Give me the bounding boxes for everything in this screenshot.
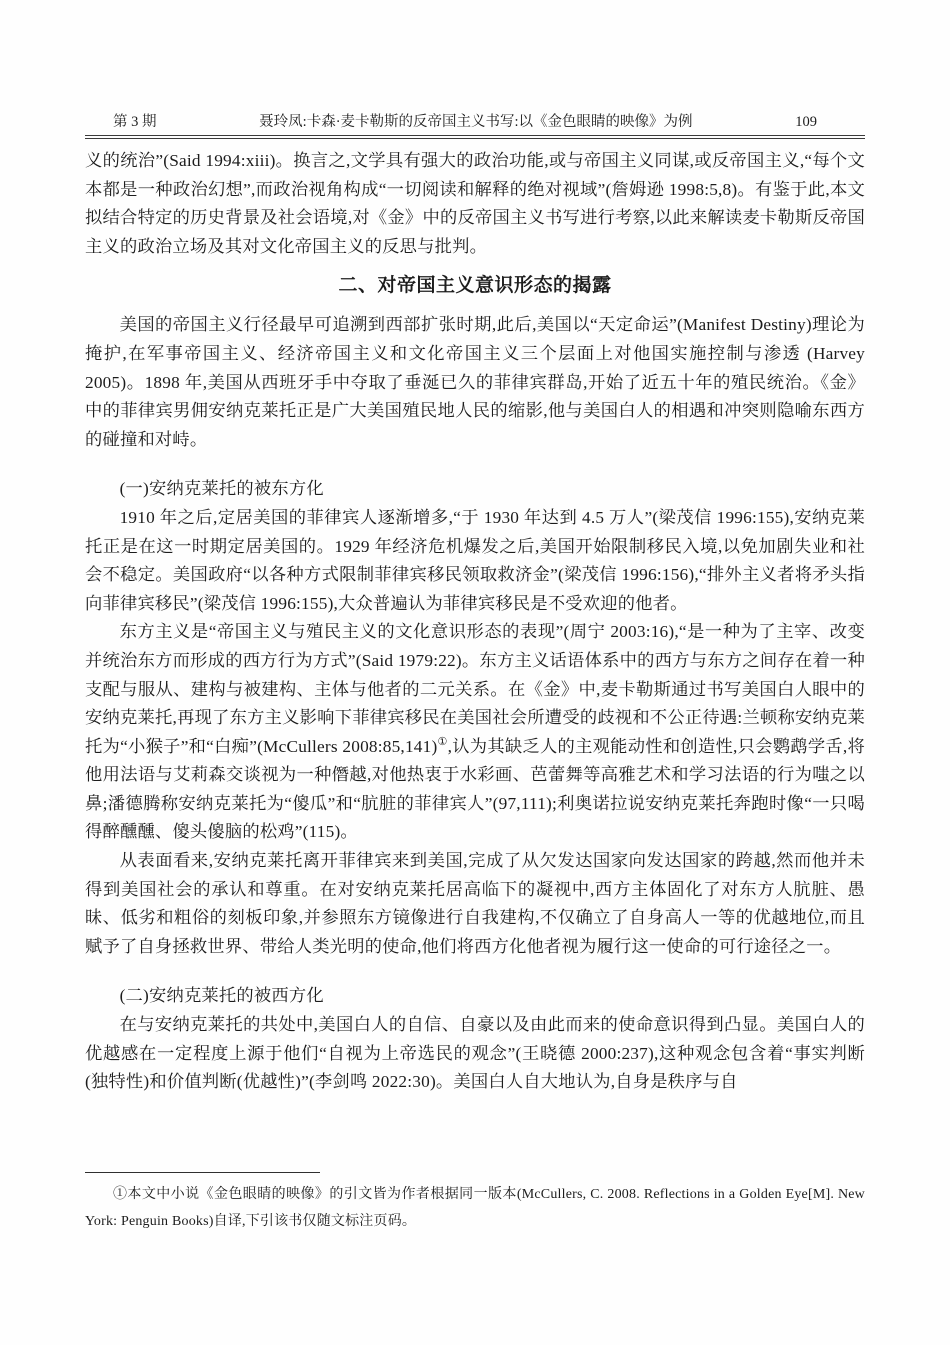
footnote-reference-marker: ① bbox=[437, 736, 447, 748]
header-page-number: 109 bbox=[795, 114, 865, 131]
header-issue-label: 第 3 期 bbox=[85, 110, 157, 131]
paragraph-orientalism: 东方主义是“帝国主义与殖民主义的文化意识形态的表现”(周宁 2003:16),“… bbox=[85, 618, 865, 847]
footnote-area: ①本文中小说《金色眼睛的映像》的引文皆为作者根据同一版本(McCullers, … bbox=[85, 1172, 865, 1235]
paragraph-surface-view: 从表面看来,安纳克莱托离开菲律宾来到美国,完成了从欠发达国家向发达国家的跨越,然… bbox=[85, 847, 865, 961]
footnote-separator-rule bbox=[85, 1172, 320, 1173]
paragraph-immigration: 1910 年之后,定居美国的菲律宾人逐渐增多,“于 1930 年达到 4.5 万… bbox=[85, 504, 865, 618]
article-body: 义的统治”(Said 1994:xiii)。换言之,文学具有强大的政治功能,或与… bbox=[85, 147, 865, 1097]
section-heading: 二、对帝国主义意识形态的揭露 bbox=[85, 271, 865, 300]
subsection-heading-two: (二)安纳克莱托的被西方化 bbox=[85, 982, 865, 1011]
header-running-title: 聂玲凤:卡森·麦卡勒斯的反帝国主义书写:以《金色眼睛的映像》为例 bbox=[157, 110, 796, 131]
paragraph-orientalism-text-before: 东方主义是“帝国主义与殖民主义的文化意识形态的表现”(周宁 2003:16),“… bbox=[85, 622, 865, 755]
header-rule bbox=[85, 135, 865, 139]
journal-page: 第 3 期 聂玲凤:卡森·麦卡勒斯的反帝国主义书写:以《金色眼睛的映像》为例 1… bbox=[0, 0, 950, 1345]
running-header: 第 3 期 聂玲凤:卡森·麦卡勒斯的反帝国主义书写:以《金色眼睛的映像》为例 1… bbox=[85, 110, 865, 131]
footnote-text: ①本文中小说《金色眼睛的映像》的引文皆为作者根据同一版本(McCullers, … bbox=[85, 1182, 865, 1235]
subsection-heading-one: (一)安纳克莱托的被东方化 bbox=[85, 475, 865, 504]
paragraph-us-imperialism: 美国的帝国主义行径最早可追溯到西部扩张时期,此后,美国以“天定命运”(Manif… bbox=[85, 311, 865, 454]
paragraph-opening-continuation: 义的统治”(Said 1994:xiii)。换言之,文学具有强大的政治功能,或与… bbox=[85, 147, 865, 261]
paragraph-westernization: 在与安纳克莱托的共处中,美国白人的自信、自豪以及由此而来的使命意识得到凸显。美国… bbox=[85, 1011, 865, 1097]
